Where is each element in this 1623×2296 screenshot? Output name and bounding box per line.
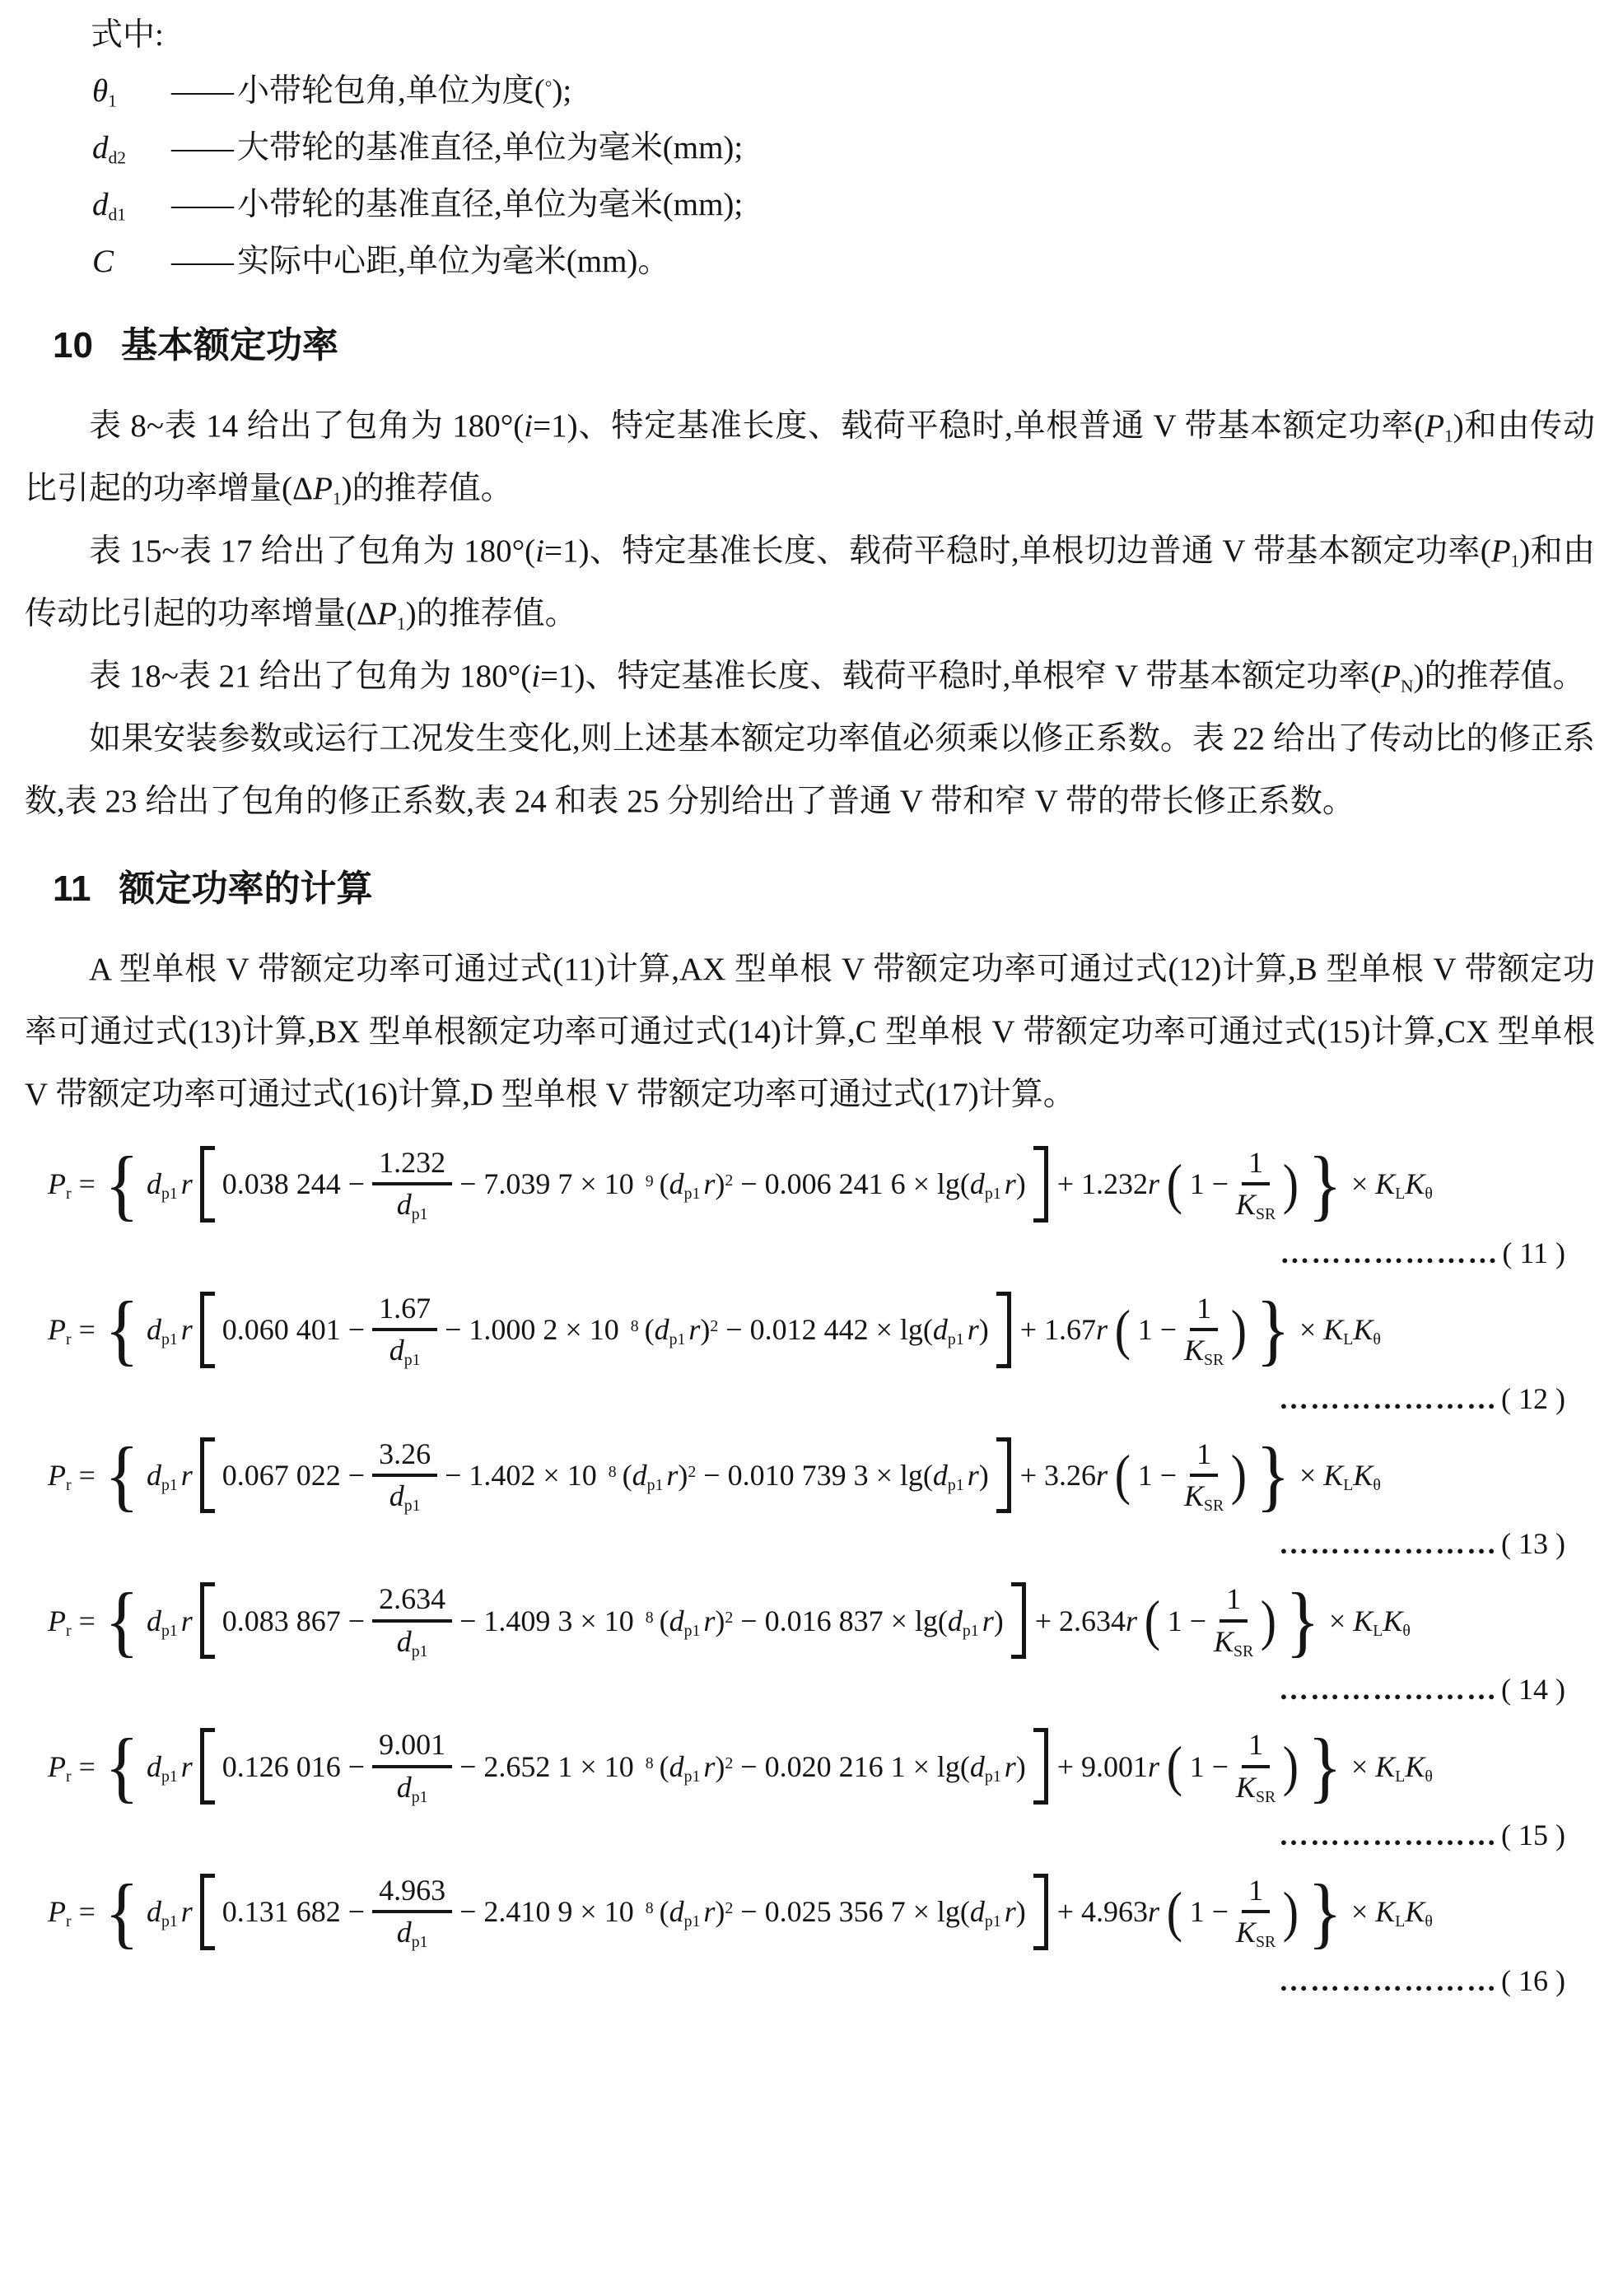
fraction: 3.26dp1	[372, 1437, 437, 1514]
equation-block-13: Pr={dp1r0.067 022−3.26dp1−1.402×108(dp1r…	[25, 1437, 1595, 1563]
equation-block-16: Pr={dp1r0.131 682−4.963dp1−2.410 9×108(d…	[25, 1874, 1595, 2000]
equation-number-line: …………………( 16 )	[25, 1962, 1565, 2000]
section-number: 10	[53, 325, 93, 366]
equation-number-label: ( 14 )	[1501, 1673, 1565, 1706]
document-page: { "page": { "where_label": "式中:", "defin…	[0, 0, 1623, 2296]
definition-dash: ——	[171, 63, 232, 119]
standard-document-page: 式中: θ1——小带轮包角,单位为度(°); dd2——大带轮的基准直径,单位为…	[0, 0, 1623, 2296]
equations-list: Pr={dp1r0.038 244−1.232dp1−7.039 7×109(d…	[25, 1146, 1595, 2000]
fraction: 1KSR	[1236, 1146, 1276, 1223]
equation-block-15: Pr={dp1r0.126 016−9.001dp1−2.652 1×108(d…	[25, 1728, 1595, 1854]
equation-formula: Pr={dp1r0.038 244−1.232dp1−7.039 7×109(d…	[48, 1146, 1595, 1223]
section-title: 额定功率的计算	[119, 869, 373, 909]
equation-formula: Pr={dp1r0.067 022−3.26dp1−1.402×108(dp1r…	[48, 1437, 1595, 1514]
fraction: 1KSR	[1184, 1292, 1224, 1368]
definition-dash: ——	[171, 119, 232, 176]
paragraph-tables-15-17: 表 15~表 17 给出了包角为 180°(i=1)、特定基准长度、载荷平稳时,…	[25, 520, 1595, 645]
paragraph-tables-18-21: 表 18~表 21 给出了包角为 180°(i=1)、特定基准长度、载荷平稳时,…	[25, 645, 1595, 708]
equation-number-line: …………………( 12 )	[25, 1380, 1565, 1418]
dots-leader: …………………	[1279, 1964, 1498, 1997]
equation-number-line: …………………( 14 )	[25, 1670, 1565, 1708]
definition-symbol: C	[92, 233, 171, 290]
definition-symbol: dd1	[92, 176, 171, 233]
equation-formula: Pr={dp1r0.083 867−2.634dp1−1.409 3×108(d…	[48, 1582, 1595, 1659]
fraction: 2.634dp1	[372, 1582, 452, 1659]
dots-leader: …………………	[1279, 1382, 1498, 1415]
fraction: 1.67dp1	[372, 1292, 437, 1368]
equation-block-11: Pr={dp1r0.038 244−1.232dp1−7.039 7×109(d…	[25, 1146, 1595, 1272]
equation-number-line: …………………( 15 )	[25, 1816, 1565, 1854]
equation-number-label: ( 16 )	[1501, 1964, 1565, 1997]
fraction: 1KSR	[1236, 1728, 1276, 1805]
fraction: 4.963dp1	[372, 1874, 452, 1950]
section-title: 基本额定功率	[121, 325, 338, 366]
equation-number-label: ( 13 )	[1501, 1527, 1565, 1560]
paragraph-correction-factors: 如果安装参数或运行工况发生变化,则上述基本额定功率值必须乘以修正系数。表 22 …	[25, 708, 1595, 833]
equation-number-label: ( 11 )	[1502, 1236, 1565, 1269]
definition-row: θ1——小带轮包角,单位为度(°);	[92, 63, 1595, 119]
dots-leader: …………………	[1279, 1819, 1498, 1851]
dots-leader: …………………	[1280, 1236, 1499, 1269]
definition-dash: ——	[171, 233, 232, 290]
equation-formula: Pr={dp1r0.126 016−9.001dp1−2.652 1×108(d…	[48, 1728, 1595, 1805]
dots-leader: …………………	[1279, 1673, 1498, 1706]
equation-formula: Pr={dp1r0.060 401−1.67dp1−1.000 2×108(dp…	[48, 1292, 1595, 1368]
equation-number-line: …………………( 11 )	[25, 1234, 1565, 1272]
fraction: 9.001dp1	[372, 1728, 452, 1805]
definition-symbol: dd2	[92, 119, 171, 176]
equation-block-14: Pr={dp1r0.083 867−2.634dp1−1.409 3×108(d…	[25, 1582, 1595, 1708]
fraction: 1KSR	[1184, 1437, 1224, 1514]
dots-leader: …………………	[1279, 1527, 1498, 1560]
fraction: 1KSR	[1214, 1582, 1253, 1659]
definition-symbol: θ1	[92, 63, 171, 119]
definition-description: 大带轮的基准直径,单位为毫米(mm);	[237, 119, 743, 176]
section-11-heading: 11额定功率的计算	[53, 868, 1595, 910]
equation-number-line: …………………( 13 )	[25, 1525, 1565, 1562]
definition-description: 实际中心距,单位为毫米(mm)。	[237, 233, 669, 290]
fraction: 1.232dp1	[372, 1146, 452, 1223]
section-10-heading: 10基本额定功率	[53, 324, 1595, 367]
equation-number-label: ( 15 )	[1501, 1819, 1565, 1851]
definition-row: dd1——小带轮的基准直径,单位为毫米(mm);	[92, 176, 1595, 233]
definitions-list: θ1——小带轮包角,单位为度(°); dd2——大带轮的基准直径,单位为毫米(m…	[92, 63, 1595, 290]
equation-block-12: Pr={dp1r0.060 401−1.67dp1−1.000 2×108(dp…	[25, 1292, 1595, 1418]
where-label: 式中:	[91, 8, 1595, 63]
equation-formula: Pr={dp1r0.131 682−4.963dp1−2.410 9×108(d…	[48, 1874, 1595, 1950]
definition-row: dd2——大带轮的基准直径,单位为毫米(mm);	[92, 119, 1595, 176]
section-number: 11	[53, 869, 91, 909]
definition-dash: ——	[171, 176, 232, 233]
equation-number-label: ( 12 )	[1501, 1382, 1565, 1415]
definition-description: 小带轮包角,单位为度(°);	[237, 63, 571, 119]
definition-row: C——实际中心距,单位为毫米(mm)。	[92, 233, 1595, 290]
paragraph-tables-8-14: 表 8~表 14 给出了包角为 180°(i=1)、特定基准长度、载荷平稳时,单…	[25, 395, 1595, 520]
definition-description: 小带轮的基准直径,单位为毫米(mm);	[237, 176, 743, 233]
paragraph-formula-index: A 型单根 V 带额定功率可通过式(11)计算,AX 型单根 V 带额定功率可通…	[25, 938, 1595, 1126]
fraction: 1KSR	[1236, 1874, 1276, 1950]
